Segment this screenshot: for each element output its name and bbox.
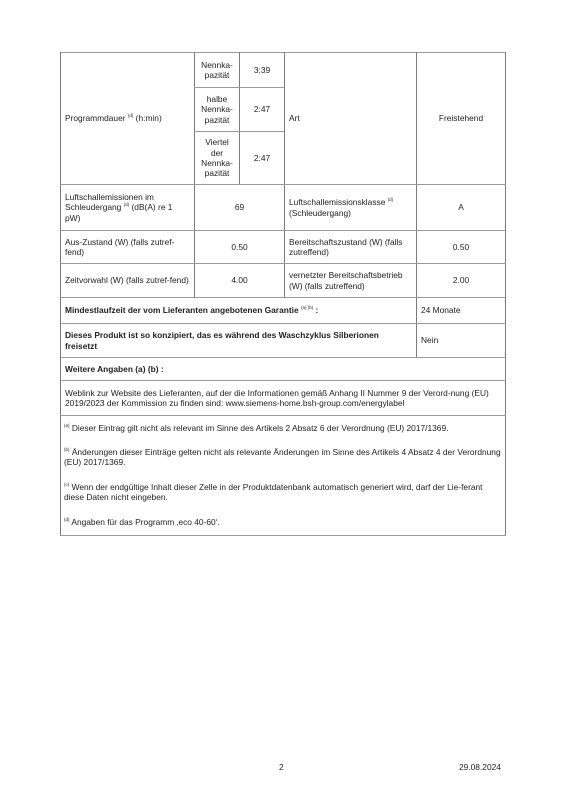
- footnote-c: (c) Wenn der endgültige Inhalt dieser Ze…: [64, 482, 502, 503]
- art-value: Freistehend: [417, 53, 505, 184]
- vernetzter-bereitschaftsbetrieb-value: 2.00: [417, 264, 505, 297]
- load-halbe-nennkapazitaet: halbe Nennka- pazität: [195, 88, 239, 131]
- zeitvorwahl-label: Zeitvorwahl (W) (falls zutref-fend): [61, 264, 194, 297]
- programmdauer-unit: (h:min): [136, 113, 162, 123]
- footnote-mark: (b): [64, 447, 70, 452]
- footnote-a: (a) Dieser Eintrag gilt nicht als releva…: [64, 423, 502, 433]
- footnote-text: Angaben für das Programm ‚eco 40-60‘.: [71, 517, 220, 527]
- footnote-text: Wenn der endgültige Inhalt dieser Zelle …: [64, 482, 483, 502]
- footnote-b: (b) Änderungen dieser Einträge gelten ni…: [64, 447, 502, 468]
- garantie-label: Mindestlaufzeit der vom Lieferanten ange…: [61, 298, 416, 323]
- duration-value: 2:47: [240, 88, 284, 131]
- load-nennkapazitaet: Nennka- pazität: [195, 53, 239, 87]
- footnote-ref: (a) (b): [301, 305, 313, 310]
- zeitvorwahl-value: 4.00: [195, 264, 284, 297]
- bereitschaftszustand-value: 0.50: [417, 231, 505, 263]
- weblink-text: Weblink zur Website des Lieferanten, auf…: [61, 381, 505, 415]
- programmdauer-label: Programmdauer (d) (h:min): [61, 53, 194, 184]
- duration-value: 3:39: [240, 53, 284, 87]
- document-date: 29.08.2024: [459, 762, 501, 772]
- label-suffix: (Schleudergang): [289, 208, 351, 218]
- footnote-ref: (d): [128, 113, 134, 118]
- silberionen-value: Nein: [417, 324, 505, 357]
- duration-value: 2:47: [240, 132, 284, 184]
- weitere-angaben-heading: Weitere Angaben (a) (b) :: [61, 358, 505, 380]
- label-text: Luftschallemissionsklasse: [289, 197, 385, 207]
- luftschallemissionen-value: 69: [195, 185, 284, 230]
- luftschallemissionsklasse-value: A: [417, 185, 505, 230]
- footnote-d: (d) Angaben für das Programm ‚eco 40-60‘…: [64, 517, 502, 527]
- load-viertel-nennkapazitaet: Viertel der Nennka- pazität: [195, 132, 239, 184]
- bereitschaftszustand-label: Bereitschaftszustand (W) (falls zutreffe…: [285, 231, 416, 263]
- footnote-ref: (d): [388, 197, 394, 202]
- page-number: 2: [279, 762, 284, 772]
- label-text: Mindestlaufzeit der vom Lieferanten ange…: [65, 305, 299, 315]
- footnote-ref: (d): [124, 202, 130, 207]
- colon: :: [316, 305, 319, 315]
- aus-zustand-value: 0.50: [195, 231, 284, 263]
- vernetzter-bereitschaftsbetrieb-label: vernetzter Bereitschaftsbetrieb (W) (fal…: [285, 264, 416, 297]
- garantie-value: 24 Monate: [417, 298, 505, 323]
- footnote-mark: (d): [64, 517, 70, 522]
- art-label: Art: [285, 53, 416, 184]
- silberionen-label: Dieses Produkt ist so konzipiert, das es…: [61, 324, 416, 357]
- aus-zustand-label: Aus-Zustand (W) (falls zutref-fend): [61, 231, 194, 263]
- footnote-text: Änderungen dieser Einträge gelten nicht …: [64, 447, 501, 467]
- programmdauer-label-text: Programmdauer: [65, 113, 126, 123]
- luftschallemissionsklasse-label: Luftschallemissionsklasse (d)(Schleuderg…: [285, 185, 416, 230]
- footnote-text: Dieser Eintrag gilt nicht als relevant i…: [72, 423, 449, 433]
- footnote-mark: (a): [64, 423, 70, 428]
- luftschallemissionen-label: Luftschallemissionen im Schleudergang (d…: [61, 185, 194, 230]
- footnote-mark: (c): [64, 482, 69, 487]
